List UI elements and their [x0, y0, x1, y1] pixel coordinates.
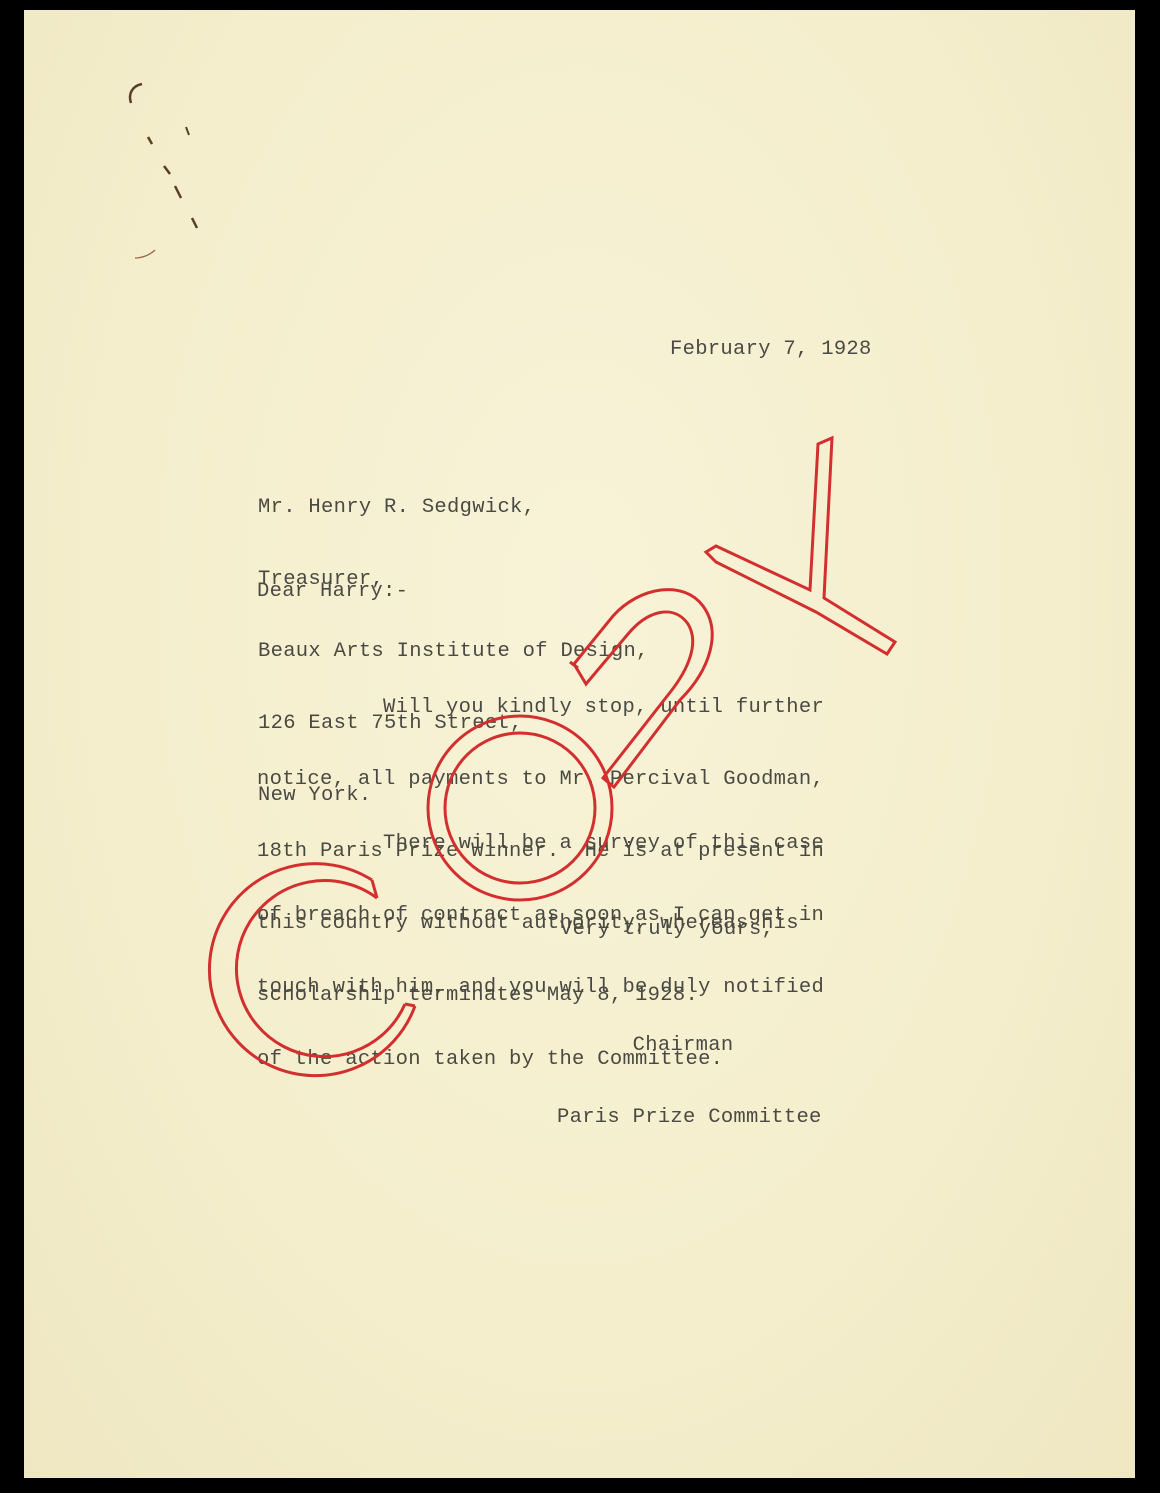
- body-line: Will you kindly stop, until further: [257, 696, 824, 720]
- signature-title: Chairman: [557, 1034, 822, 1058]
- salutation: Dear Harry:-: [257, 580, 408, 604]
- signature-block: Chairman Paris Prize Committee: [557, 986, 822, 1154]
- letter-date: February 7, 1928: [670, 338, 872, 362]
- address-line: Mr. Henry R. Sedgwick,: [258, 496, 649, 520]
- body-line: There will be a survey of this case: [257, 832, 824, 856]
- closing: Very truly yours,: [560, 918, 774, 942]
- pencil-marks: [0, 0, 300, 280]
- signature-org: Paris Prize Committee: [557, 1106, 822, 1130]
